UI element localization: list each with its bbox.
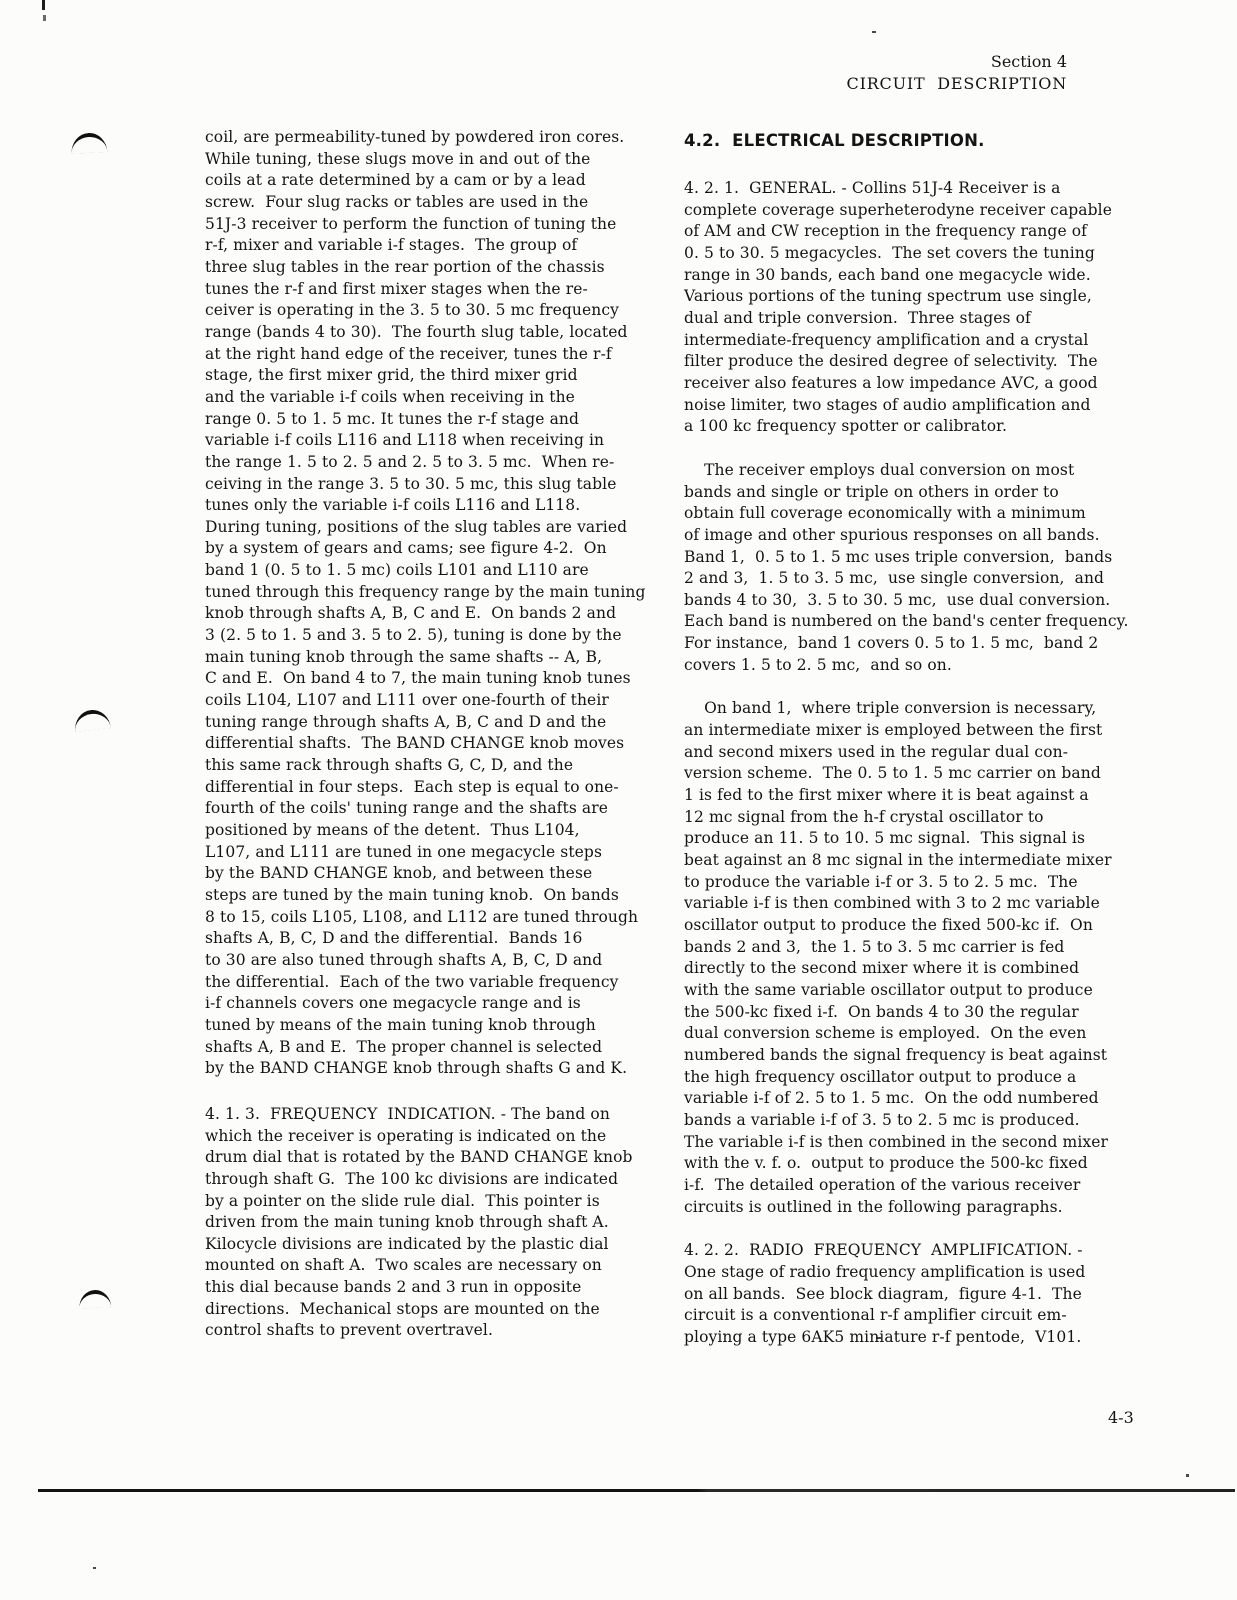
paragraph-4-2-1-general: 4. 2. 1. GENERAL. - Collins 51J-4 Receiv… (684, 178, 1164, 438)
heading-4-2-electrical-description: 4.2. ELECTRICAL DESCRIPTION. (684, 131, 1164, 150)
scan-edge-tick (43, 15, 46, 21)
paragraph-dual-conversion: The receiver employs dual conversion on … (684, 460, 1164, 677)
paragraph-slug-tuning-continued: coil, are permeability-tuned by powdered… (205, 127, 679, 1080)
paragraph-4-2-2-rf-amplification: 4. 2. 2. RADIO FREQUENCY AMPLIFICATION. … (684, 1240, 1164, 1348)
scan-speck (93, 1567, 96, 1569)
paragraph-4-1-3-frequency-indication: 4. 1. 3. FREQUENCY INDICATION. - The ban… (205, 1104, 679, 1342)
scan-edge-tick (42, 0, 45, 10)
scan-pen-arc-mark (71, 132, 108, 154)
paragraph-band-1-mixing: On band 1, where triple conversion is ne… (684, 698, 1164, 1218)
right-column: 4.2. ELECTRICAL DESCRIPTION. 4. 2. 1. GE… (684, 131, 1164, 1348)
left-column: coil, are permeability-tuned by powdered… (205, 127, 679, 1342)
section-title: CIRCUIT DESCRIPTION (847, 73, 1067, 95)
bottom-scan-rule (38, 1489, 1235, 1492)
scan-pen-arc-mark (73, 708, 111, 732)
page-header: Section 4 CIRCUIT DESCRIPTION (847, 51, 1067, 95)
scan-speck (872, 31, 876, 33)
scan-pen-arc-mark (79, 1289, 112, 1308)
scan-speck (1186, 1474, 1189, 1477)
section-label: Section 4 (847, 51, 1067, 73)
page-number: 4-3 (1108, 1408, 1134, 1427)
scanned-manual-page: { "header": { "section_label": "Section … (0, 0, 1237, 1600)
